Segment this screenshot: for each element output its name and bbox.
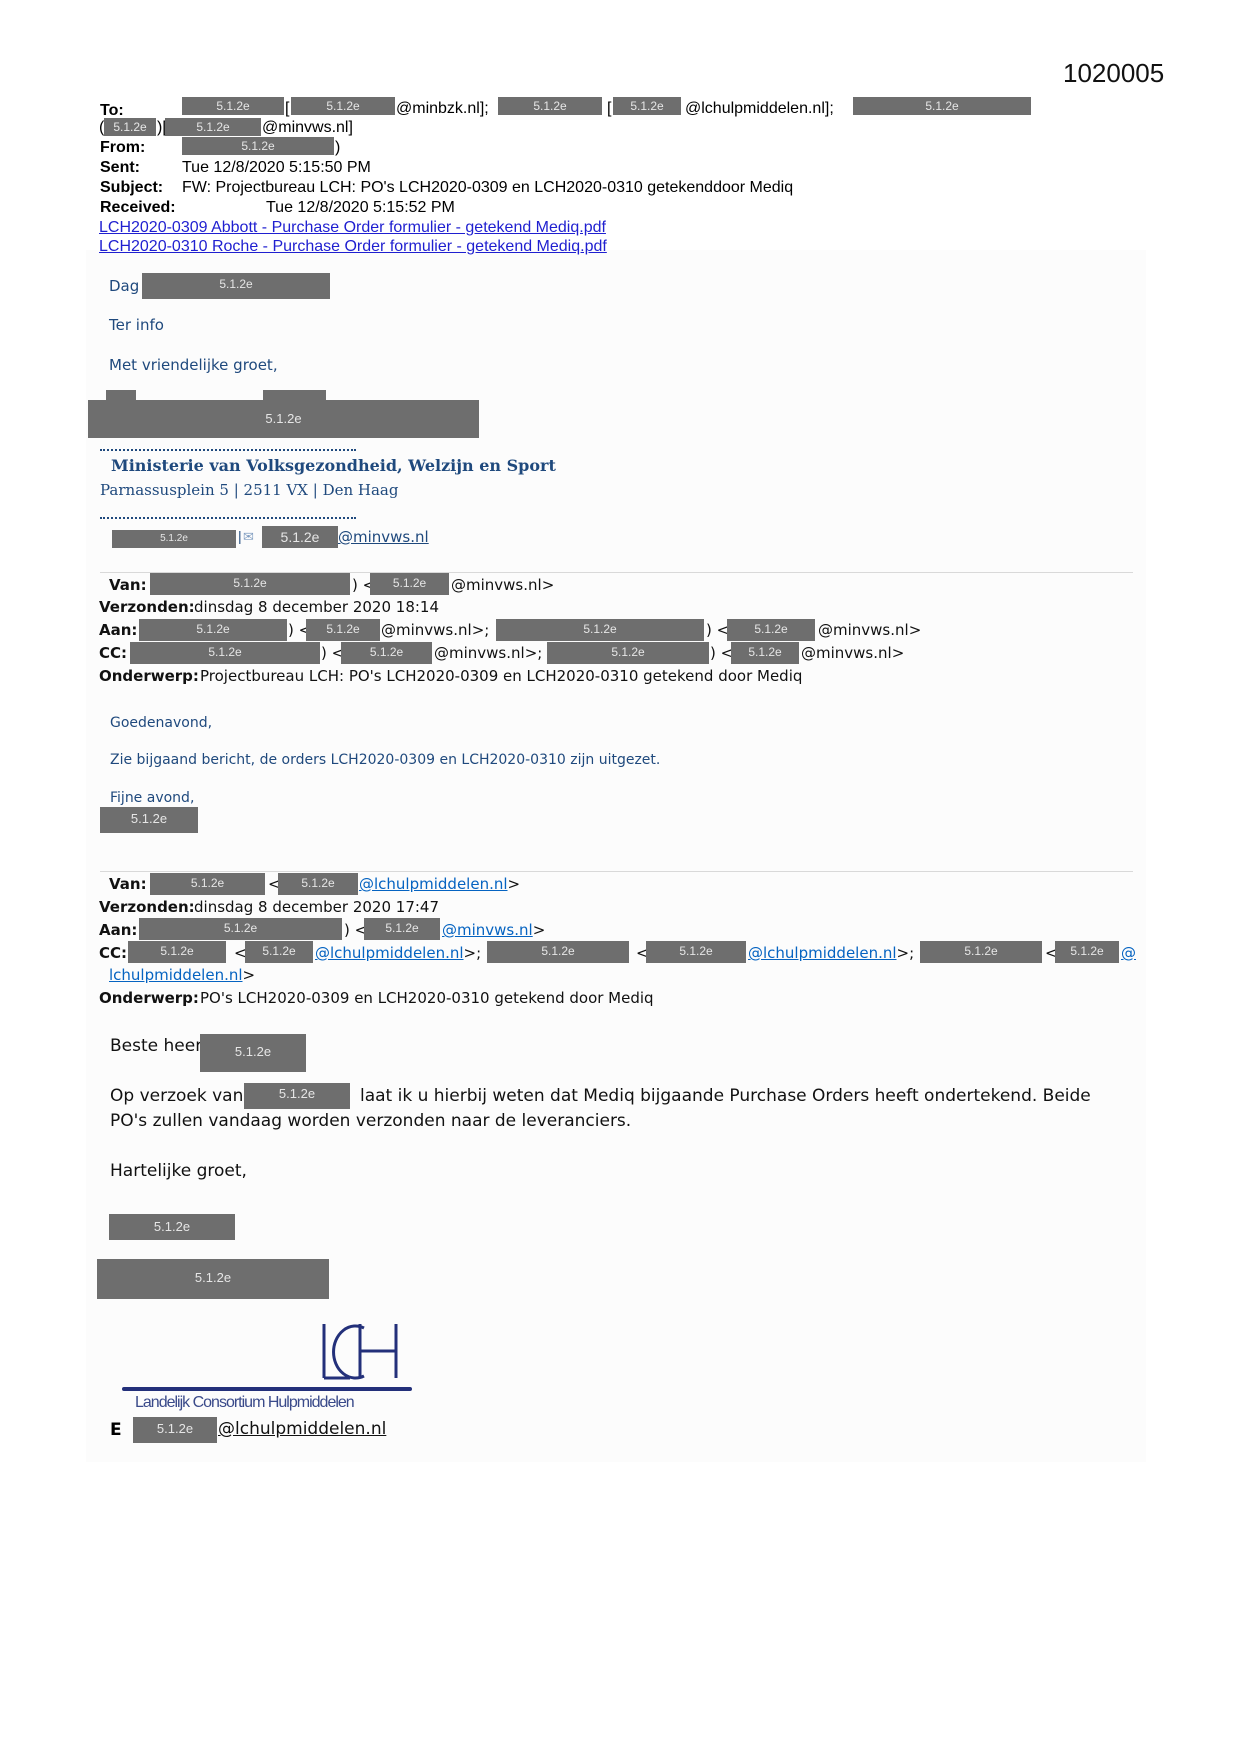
redaction: 5.1.2e (88, 400, 479, 438)
closing: Hartelijke groet, (110, 1161, 247, 1181)
van-label: Van: (109, 875, 147, 893)
redaction: 5.1.2e (1055, 941, 1119, 963)
body-line: Ter info (109, 316, 164, 334)
bracket: ) < (706, 621, 729, 639)
bracket: [ (607, 99, 611, 118)
bracket: ) < (710, 644, 733, 662)
dotted-divider (100, 517, 356, 519)
dotted-divider (100, 449, 356, 451)
received-value: Tue 12/8/2020 5:15:52 PM (266, 198, 455, 217)
verzonden-label: Verzonden: (99, 598, 195, 616)
redaction: 5.1.2e (487, 941, 629, 963)
redaction (263, 390, 326, 400)
redaction: 5.1.2e (853, 97, 1031, 115)
cc-domain: @minvws.nl>; (434, 644, 542, 662)
separator: >; (897, 944, 915, 962)
redaction: 5.1.2e (200, 1034, 306, 1072)
bracket: > (243, 966, 256, 984)
redaction: 5.1.2e (498, 97, 602, 115)
received-label: Received: (100, 199, 176, 216)
bracket: > (533, 921, 546, 939)
separator: >; (464, 944, 482, 962)
closing: Met vriendelijke groet, (109, 356, 278, 374)
van-label: Van: (109, 576, 147, 594)
redaction: 5.1.2e (97, 1259, 329, 1299)
verzonden-value: dinsdag 8 december 2020 17:47 (194, 898, 439, 916)
redaction: 5.1.2e (727, 619, 815, 641)
van-email-link[interactable]: @lchulpmiddelen.nl (359, 875, 508, 893)
to-recipient-domain: @minvws.nl] (262, 118, 353, 137)
attachment-link[interactable]: LCH2020-0309 Abbott - Purchase Order for… (99, 218, 606, 237)
redaction: 5.1.2e (245, 941, 313, 963)
body-line-end: laat ik u hierbij weten dat Mediq bijgaa… (360, 1086, 1091, 1106)
redaction: 5.1.2e (100, 807, 198, 833)
to-recipient-domain: @minbzk.nl]; (396, 99, 489, 118)
greeting: Beste heer (110, 1036, 202, 1056)
org-address: Parnassusplein 5 | 2511 VX | Den Haag (100, 481, 398, 499)
redaction: 5.1.2e (613, 97, 681, 115)
redaction: 5.1.2e (370, 573, 449, 595)
email-label: E (110, 1420, 122, 1440)
van-domain: @minvws.nl> (451, 576, 554, 594)
redaction: 5.1.2e (278, 873, 358, 895)
closing: Fijne avond, (110, 790, 194, 806)
redaction (106, 390, 136, 400)
redaction: 5.1.2e (139, 918, 342, 940)
cc-label: CC: (99, 944, 127, 962)
to-label: To: (100, 102, 124, 119)
attachment-link[interactable]: LCH2020-0310 Roche - Purchase Order form… (99, 237, 607, 256)
separator-bar: | (238, 528, 242, 544)
onderwerp-value: PO's LCH2020-0309 en LCH2020-0310 geteke… (200, 989, 654, 1007)
redaction: 5.1.2e (112, 530, 236, 548)
redaction: 5.1.2e (364, 918, 440, 940)
onderwerp-label: Onderwerp: (99, 989, 199, 1007)
lch-logo-mark (320, 1322, 402, 1382)
bracket: [ (285, 99, 289, 118)
verzonden-label: Verzonden: (99, 898, 195, 916)
redaction: 5.1.2e (341, 642, 432, 664)
logo-underline (122, 1387, 412, 1391)
from-label: From: (100, 139, 145, 156)
sent-value: Tue 12/8/2020 5:15:50 PM (182, 158, 371, 177)
logo-caption: Landelijk Consortium Hulpmiddelen (135, 1394, 354, 1412)
redaction: 5.1.2e (244, 1083, 350, 1109)
redaction: 5.1.2e (182, 137, 334, 155)
redaction: 5.1.2e (150, 573, 350, 595)
cc-email-link-at[interactable]: @ (1121, 944, 1136, 962)
redaction: 5.1.2e (165, 118, 261, 136)
redaction: 5.1.2e (291, 97, 395, 115)
redaction: 5.1.2e (150, 873, 265, 895)
redaction: 5.1.2e (133, 1417, 217, 1443)
org-name: Ministerie van Volksgezondheid, Welzijn … (111, 456, 556, 475)
redaction: 5.1.2e (646, 941, 746, 963)
bracket: > (508, 875, 521, 893)
email-link[interactable]: @minvws.nl (338, 528, 429, 546)
aan-domain: @minvws.nl> (818, 621, 921, 639)
subject-label: Subject: (100, 179, 163, 196)
redaction: 5.1.2e (130, 642, 320, 664)
aan-label: Aan: (99, 621, 137, 639)
redaction: 5.1.2e (109, 1214, 235, 1240)
document-number: 1020005 (1063, 58, 1164, 89)
verzonden-value: dinsdag 8 december 2020 18:14 (194, 598, 439, 616)
redaction: 5.1.2e (920, 941, 1042, 963)
greeting: Dag (109, 277, 139, 295)
paren: ) (335, 138, 340, 157)
cc-email-link[interactable]: @lchulpmiddelen.nl (748, 944, 897, 962)
redaction: 5.1.2e (182, 97, 284, 115)
email-link[interactable]: @lchulpmiddelen.nl (218, 1419, 386, 1439)
onderwerp-value: Projectbureau LCH: PO's LCH2020-0309 en … (200, 667, 802, 685)
body-line: PO's zullen vandaag worden verzonden naa… (110, 1111, 631, 1131)
message-separator (100, 871, 1133, 872)
redaction: 5.1.2e (139, 619, 287, 641)
to-recipient-domain: @lchulpmiddelen.nl]; (685, 99, 834, 118)
redaction: 5.1.2e (128, 941, 226, 963)
cc-domain: @minvws.nl> (801, 644, 904, 662)
subject-value: FW: Projectbureau LCH: PO's LCH2020-0309… (182, 178, 793, 197)
redaction: 5.1.2e (262, 526, 338, 548)
cc-email-link-wrap[interactable]: lchulpmiddelen.nl (109, 966, 243, 984)
cc-email-link[interactable]: @lchulpmiddelen.nl (315, 944, 464, 962)
greeting: Goedenavond, (110, 715, 212, 731)
envelope-icon: ✉ (243, 529, 254, 545)
redaction: 5.1.2e (496, 619, 704, 641)
body-line: Zie bijgaand bericht, de orders LCH2020-… (110, 752, 660, 768)
redaction: 5.1.2e (142, 273, 330, 299)
sent-label: Sent: (100, 159, 140, 176)
redaction: 5.1.2e (547, 642, 709, 664)
aan-email-link[interactable]: @minvws.nl (442, 921, 533, 939)
redaction: 5.1.2e (104, 118, 156, 136)
onderwerp-label: Onderwerp: (99, 667, 199, 685)
body-line-start: Op verzoek van (110, 1086, 243, 1106)
aan-domain: @minvws.nl>; (381, 621, 489, 639)
redaction: 5.1.2e (731, 642, 799, 664)
cc-label: CC: (99, 644, 127, 662)
aan-label: Aan: (99, 921, 137, 939)
redaction: 5.1.2e (306, 619, 380, 641)
